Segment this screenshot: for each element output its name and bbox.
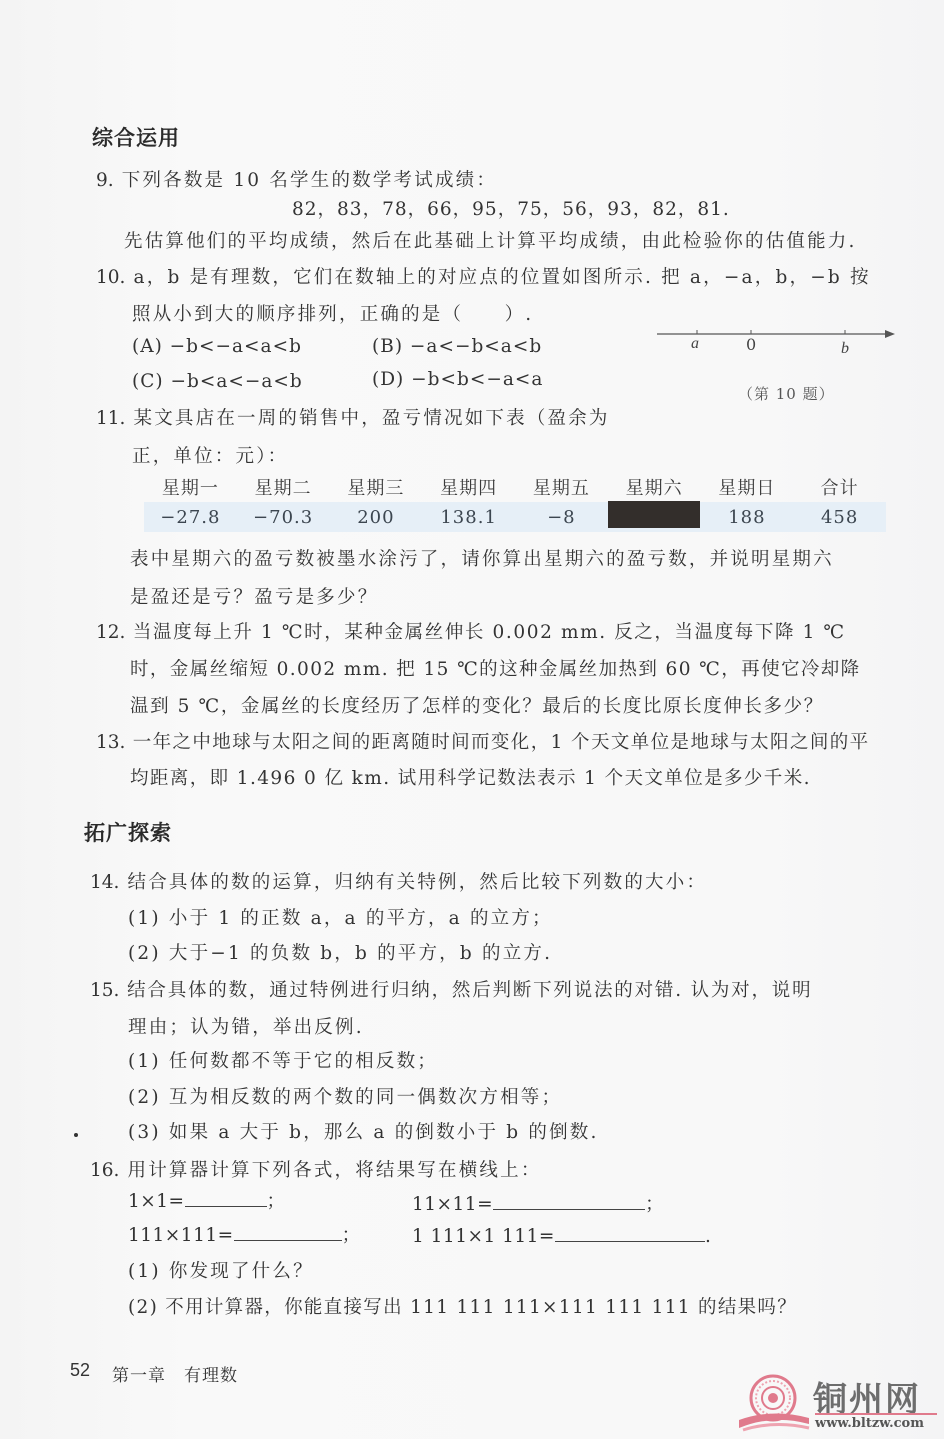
q9-followup: 先估算他们的平均成绩，然后在此基础上计算平均成绩，由此检验你的估值能力. [124,227,857,253]
expr-text: 1×1= [128,1191,185,1212]
table-cell-total: 458 [793,507,886,528]
answer-blank[interactable] [234,1224,342,1241]
ink-blot [608,501,700,528]
question-9: 9. 下列各数是 10 名学生的数学考试成绩： [96,166,497,192]
q13-line2: 均距离，即 1.496 0 亿 km. 试用科学记数法表示 1 个天文单位是多少… [130,764,811,790]
number-line-label-zero: 0 [746,335,756,354]
q16-item-1: (1) 你发现了什么？ [128,1257,314,1283]
q15-line2: 理由；认为错，举出反例. [128,1013,364,1039]
answer-blank[interactable] [493,1193,645,1210]
table-cell: 138.1 [422,507,515,528]
question-number: 13. [96,732,125,753]
q16-expr-4: 1 111×1 111=. [412,1225,711,1247]
q16-expr-2: 11×11=； [412,1190,664,1216]
question-number: 16. [90,1160,119,1181]
table-header-cell: 星期二 [237,474,330,500]
chapter-title: 第一章 有理数 [112,1361,238,1386]
textbook-page: 综合运用 9. 下列各数是 10 名学生的数学考试成绩： 82，83，78，66… [0,0,944,1439]
expr-end: ； [342,1225,361,1246]
answer-blank[interactable] [185,1190,267,1207]
question-12: 12. 当温度每上升 1 ℃时，某种金属丝伸长 0.002 mm. 反之，当温度… [96,618,846,644]
table-values-row: −27.8 −70.3 200 138.1 −8 188 458 [144,502,886,532]
question-text: 一年之中地球与太阳之间的距离随时间而变化，1 个天文单位是地球与太阳之间的平 [133,732,870,753]
question-text: 结合具体的数的运算，归纳有关特例，然后比较下列数的大小： [128,872,708,893]
q10-option-d: (D) −b<b<−a<a [372,369,543,390]
table-cell: 200 [330,507,423,528]
q16-item-2: (2) 不用计算器，你能直接写出 111 111 111×111 111 111… [128,1293,797,1319]
section-title-comprehensive: 综合运用 [92,122,180,152]
q15-item-2: (2) 互为相反数的两个数的同一偶数次方相等； [128,1083,562,1109]
sales-table: 星期一 星期二 星期三 星期四 星期五 星期六 星期日 合计 −27.8 −70… [144,472,886,532]
watermark-url: www.bltzw.com [815,1416,924,1431]
table-cell-saturday [608,501,701,533]
question-15: 15. 结合具体的数，通过特例进行归纳，然后判断下列说法的对错. 认为对，说明 [90,976,812,1002]
q10-option-a: (A) −b<−a<a<b [132,336,302,357]
q14-item-1: (1) 小于 1 的正数 a，a 的平方，a 的立方； [128,904,553,930]
q11-followup1: 表中星期六的盈亏数被墨水涂污了，请你算出星期六的盈亏数，并说明星期六 [130,545,834,571]
table-cell: −70.3 [237,507,330,528]
question-14: 14. 结合具体的数的运算，归纳有关特例，然后比较下列数的大小： [90,868,707,894]
watermark-divider [815,1413,937,1415]
expr-end: . [705,1226,711,1247]
number-line-label-b: b [841,340,849,358]
question-number: 11. [96,408,125,429]
q10-option-c: (C) −b<a<−a<b [132,371,303,392]
table-header-cell: 星期一 [144,474,237,500]
q11-followup2: 是盈还是亏？盈亏是多少？ [130,583,378,609]
question-number: 12. [96,622,125,643]
q15-item-1: (1) 任何数都不等于它的相反数； [128,1047,438,1073]
question-10: 10. a，b 是有理数，它们在数轴上的对应点的位置如图所示. 把 a，−a，b… [96,263,871,289]
q12-line3: 温到 5 ℃，金属丝的长度经历了怎样的变化？最后的长度比原长度伸长多少？ [130,692,824,718]
number-line-label-a: a [691,335,699,353]
question-number: 14. [90,872,119,893]
table-header-cell: 星期四 [422,474,515,500]
number-line-figure: a 0 b [655,322,895,362]
question-number: 9. [96,170,114,191]
table-header-row: 星期一 星期二 星期三 星期四 星期五 星期六 星期日 合计 [144,472,886,502]
table-header-cell: 星期三 [330,474,423,500]
figure-caption: （第 10 题） [738,383,835,404]
stray-dot [74,1133,78,1137]
watermark-logo: 铜州网 www.bltzw.com [735,1372,940,1436]
expr-end: ； [267,1191,286,1212]
expr-end: ； [645,1194,664,1215]
question-text: 当温度每上升 1 ℃时，某种金属丝伸长 0.002 mm. 反之，当温度每下降 … [133,622,846,643]
table-cell: −27.8 [144,507,237,528]
table-header-cell: 星期六 [608,474,701,500]
q14-item-2: (2) 大于−1 的负数 b，b 的平方，b 的立方. [128,939,552,965]
question-11: 11. 某文具店在一周的销售中，盈亏情况如下表（盈余为 [96,404,610,430]
question-number: 10. [96,267,125,288]
question-text: 某文具店在一周的销售中，盈亏情况如下表（盈余为 [134,408,610,429]
table-header-cell: 合计 [793,474,886,500]
table-header-cell: 星期日 [701,474,794,500]
q11-line2: 正，单位：元）： [132,442,288,468]
table-cell: −8 [515,507,608,528]
q10-option-b: (B) −a<−b<a<b [372,336,542,357]
q16-expr-3: 111×111=； [128,1221,361,1247]
expr-text: 1 111×1 111= [412,1226,555,1247]
table-header-cell: 星期五 [515,474,608,500]
q9-scores: 82，83，78，66，95，75，56，93，82，81. [292,195,730,221]
q12-line2: 时，金属丝缩短 0.002 mm. 把 15 ℃的这种金属丝加热到 60 ℃，再… [130,655,861,681]
table-cell: 188 [701,507,794,528]
watermark-emblem-icon [735,1372,813,1436]
question-text: 下列各数是 10 名学生的数学考试成绩： [122,170,497,191]
section-title-extension: 拓广探索 [84,817,172,847]
question-number: 15. [90,980,119,1001]
q10-line2: 照从小到大的顺序排列，正确的是（ ）. [132,300,533,326]
question-text: a，b 是有理数，它们在数轴上的对应点的位置如图所示. 把 a，−a，b，−b … [134,267,871,288]
question-16: 16. 用计算器计算下列各式，将结果写在横线上： [90,1156,542,1182]
q15-item-3: (3) 如果 a 大于 b，那么 a 的倒数小于 b 的倒数. [128,1118,599,1144]
expr-text: 11×11= [412,1194,493,1215]
question-text: 用计算器计算下列各式，将结果写在横线上： [128,1160,542,1181]
q16-expr-1: 1×1=； [128,1187,286,1213]
question-text: 结合具体的数，通过特例进行归纳，然后判断下列说法的对错. 认为对，说明 [127,980,812,1001]
question-13: 13. 一年之中地球与太阳之间的距离随时间而变化，1 个天文单位是地球与太阳之间… [96,728,870,754]
answer-blank[interactable] [555,1225,705,1242]
page-number: 52 [70,1360,90,1381]
expr-text: 111×111= [128,1225,234,1246]
